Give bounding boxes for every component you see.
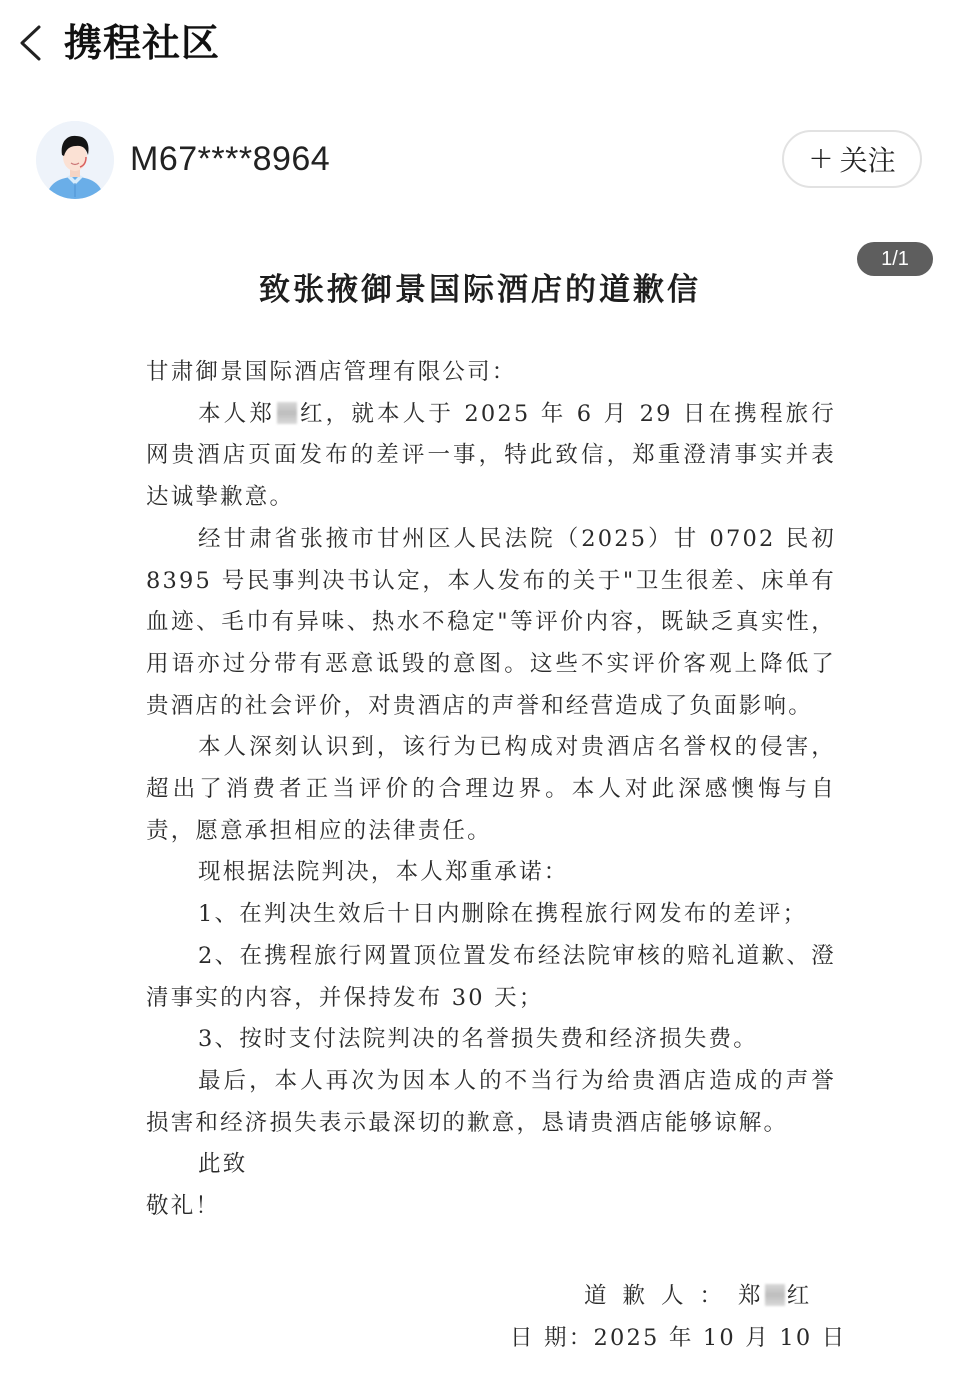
username[interactable]: M67****8964 (130, 137, 330, 181)
chevron-left-icon (17, 23, 43, 63)
page-title: 携程社区 (64, 18, 220, 68)
follow-button[interactable]: + 关注 (782, 130, 922, 188)
letter-body: 甘肃御景国际酒店管理有限公司： 本人郑红，就本人于 2025 年 6 月 29 … (146, 352, 836, 1228)
redacted-name (277, 402, 297, 424)
redacted-name (765, 1284, 785, 1306)
user-avatar-icon (36, 121, 114, 199)
letter-paragraph: 现根据法院判决，本人郑重承诺： (146, 852, 836, 894)
letter-closing-2: 敬礼！ (146, 1186, 836, 1228)
signer-name: 红 (787, 1283, 812, 1309)
avatar[interactable] (36, 121, 114, 199)
follow-button-label: 关注 (840, 139, 896, 179)
top-bar: 携程社区 (0, 0, 960, 90)
signer-label: 道歉人： (584, 1283, 738, 1309)
commitment-item: 1、在判决生效后十日内删除在携程旅行网发布的差评； (146, 894, 836, 936)
date-line: 日 期：2025 年 10 月 10 日 (510, 1320, 846, 1352)
letter-paragraph: 经甘肃省张掖市甘州区人民法院（2025）甘 0702 民初 8395 号民事判决… (146, 519, 836, 728)
date-value: 2025 年 10 月 10 日 (593, 1325, 846, 1351)
signer-name: 郑 (738, 1283, 763, 1309)
back-button[interactable] (12, 22, 48, 64)
plus-icon: + (808, 144, 833, 174)
signer-line: 道歉人：郑红 (584, 1278, 811, 1310)
letter-paragraph: 本人深刻认识到，该行为已构成对贵酒店名誉权的侵害，超出了消费者正当评价的合理边界… (146, 727, 836, 852)
paragraph-text: 本人郑 (198, 401, 275, 427)
commitment-item: 3、按时支付法院判决的名誉损失费和经济损失费。 (146, 1019, 836, 1061)
letter-closing-1: 此致 (146, 1144, 836, 1186)
author-row: M67****8964 + 关注 (0, 115, 960, 205)
letter-closing-paragraph: 最后，本人再次为因本人的不当行为给贵酒店造成的声誉损害和经济损失表示最深切的歉意… (146, 1061, 836, 1144)
letter-title: 致张掖御景国际酒店的道歉信 (0, 264, 960, 309)
date-label: 日 期： (510, 1325, 593, 1351)
commitment-item: 2、在携程旅行网置顶位置发布经法院审核的赔礼道歉、澄清事实的内容，并保持发布 3… (146, 936, 836, 1019)
letter-paragraph: 本人郑红，就本人于 2025 年 6 月 29 日在携程旅行网贵酒店页面发布的差… (146, 394, 836, 519)
letter-salutation: 甘肃御景国际酒店管理有限公司： (146, 352, 836, 394)
